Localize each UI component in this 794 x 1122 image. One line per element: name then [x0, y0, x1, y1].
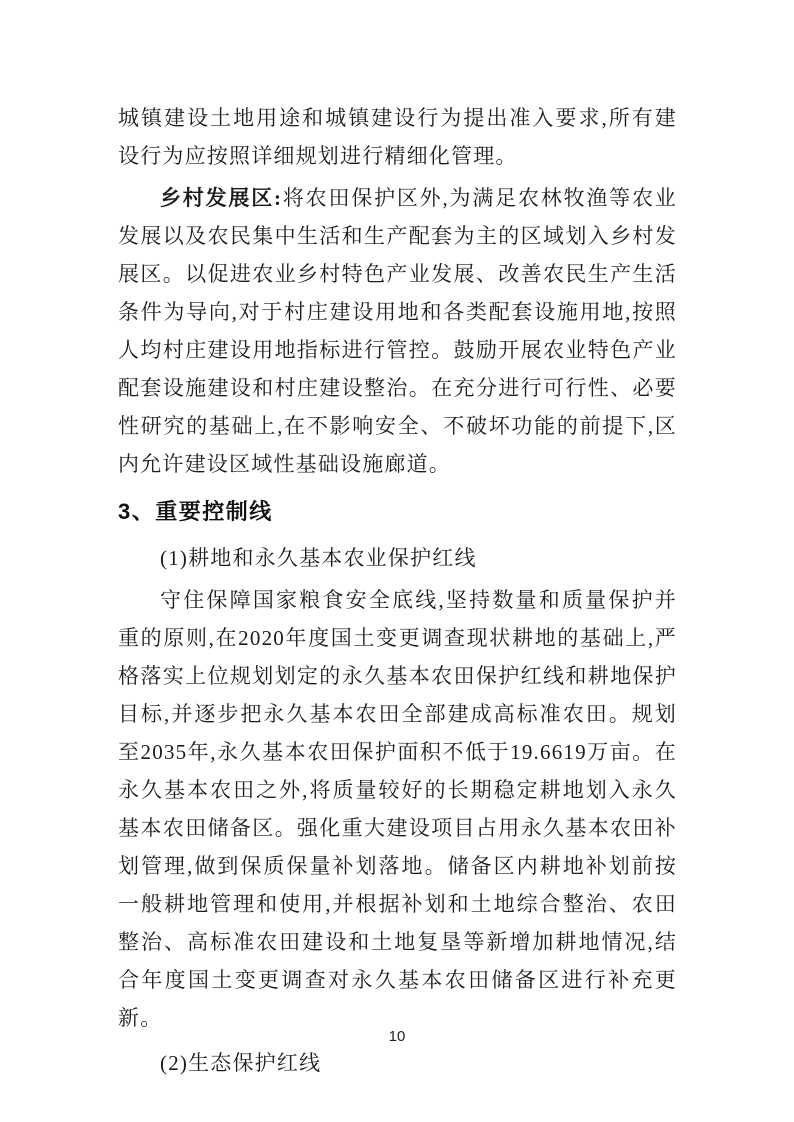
- item-heading-farmland-protection-redline: (1)耕地和永久基本农业保护红线: [118, 539, 677, 577]
- item-heading-ecological-protection-redline: (2)生态保护红线: [118, 1044, 677, 1082]
- paragraph-rural-development-zone: 乡村发展区:将农田保护区外,为满足农林牧渔等农业发展以及农民集中生活和生产配套为…: [118, 179, 677, 483]
- paragraph-urban-construction-continuation: 城镇建设土地用途和城镇建设行为提出准入要求,所有建设行为应按照详细规划进行精细化…: [118, 99, 677, 175]
- section-heading-important-control-lines: 3、重要控制线: [118, 492, 677, 532]
- rural-development-zone-body: 将农田保护区外,为满足农林牧渔等农业发展以及农民集中生活和生产配套为主的区域划入…: [118, 186, 677, 476]
- text-column: 城镇建设土地用途和城镇建设行为提出准入要求,所有建设行为应按照详细规划进行精细化…: [118, 0, 677, 1082]
- paragraph-farmland-protection: 守住保障国家粮食安全底线,坚持数量和质量保护并重的原则,在2020年度国土变更调…: [118, 581, 677, 1037]
- page-number: 10: [0, 1028, 794, 1045]
- document-page: 城镇建设土地用途和城镇建设行为提出准入要求,所有建设行为应按照详细规划进行精细化…: [0, 0, 794, 1122]
- rural-development-zone-lead: 乡村发展区:: [160, 186, 282, 210]
